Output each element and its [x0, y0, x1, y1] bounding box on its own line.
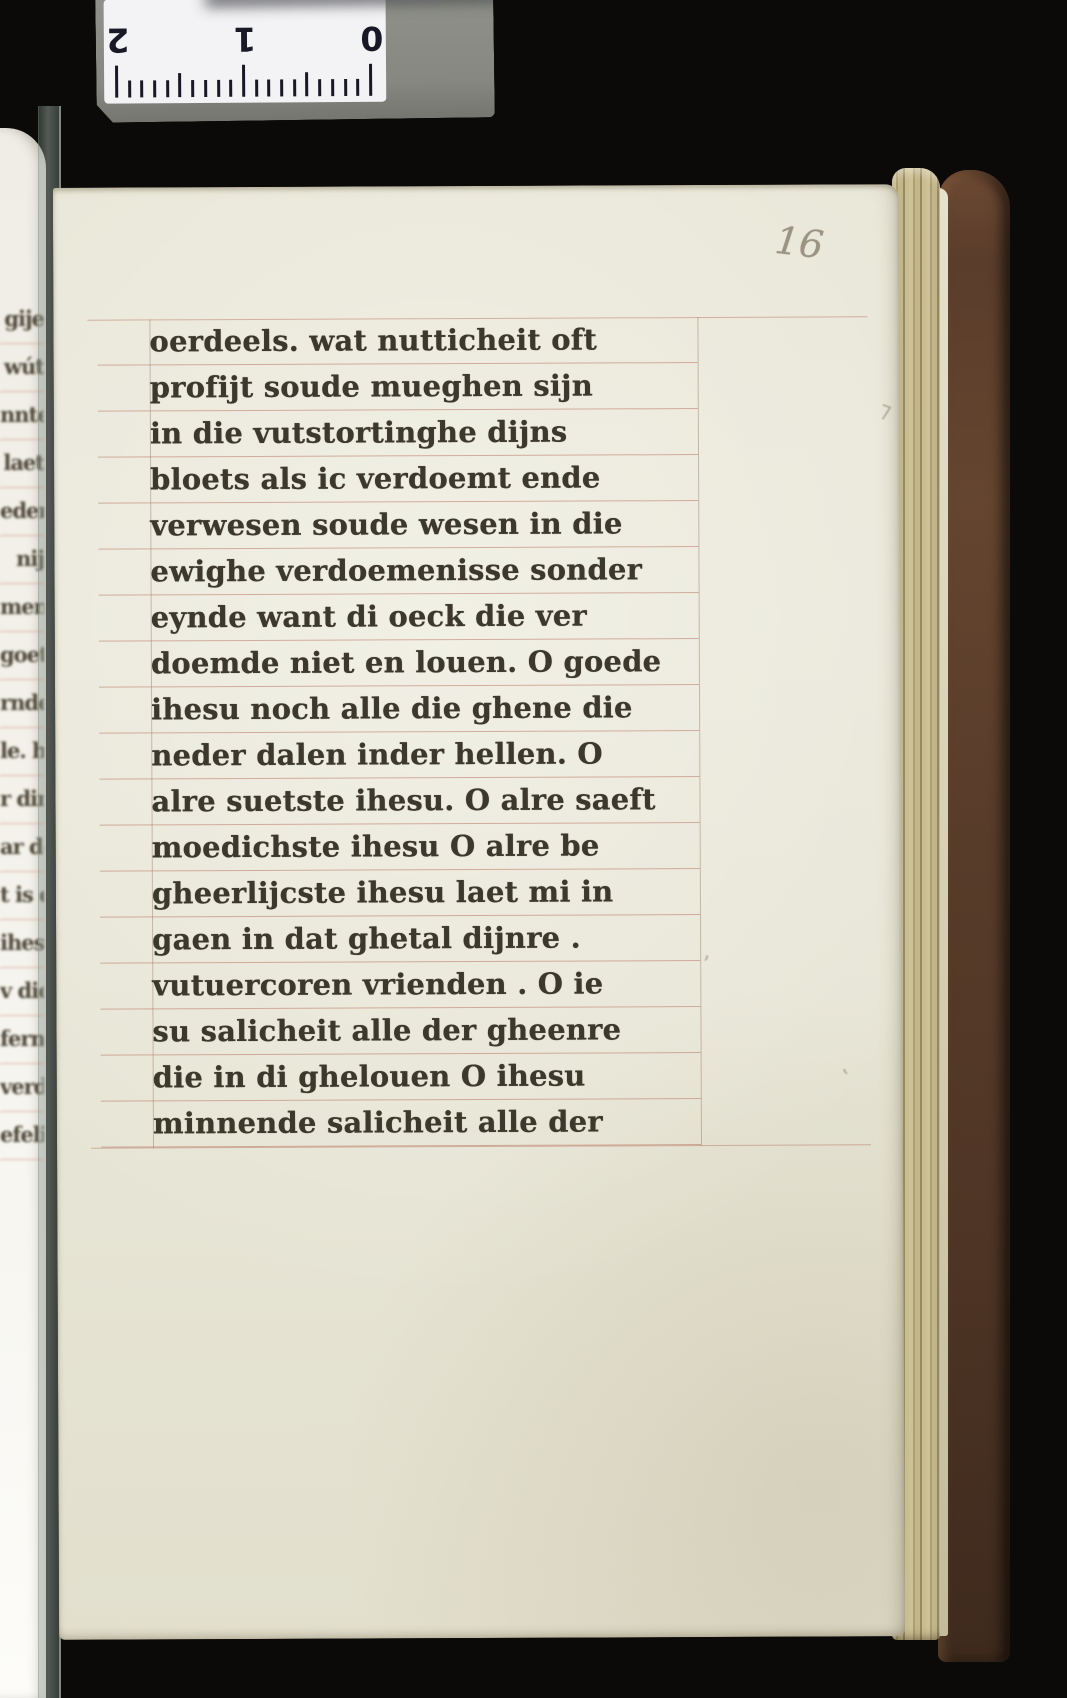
manuscript-line: bloets als ic verdoemt ende [98, 455, 698, 504]
manuscript-line: in die vutstortinghe dijns [98, 409, 698, 458]
ruler-tick [318, 79, 321, 96]
ruler-tick [204, 80, 207, 97]
ruler-tick [128, 80, 131, 97]
manuscript-line: gaen in dat ghetal dijnre . [100, 915, 700, 964]
ruler-tick [217, 80, 220, 97]
ruler-tick [191, 80, 194, 97]
ruler-tick [331, 79, 334, 96]
ruler-tick [293, 79, 296, 96]
ruler-tick [229, 80, 232, 97]
ruler-ticks [118, 60, 372, 98]
ruler-tick [166, 80, 169, 97]
manuscript-line: moedichste ihesu O alre be [100, 823, 700, 872]
manuscript-line: verwesen soude wesen in die [98, 501, 698, 550]
pencil-mark: ʽ [841, 1066, 852, 1092]
text-block: oerdeels. wat nutticheit oftprofijt soud… [97, 317, 701, 1148]
ruler-tick [242, 65, 245, 97]
manuscript-line: neder dalen inder hellen. O [99, 731, 699, 780]
manuscript-line: die in di ghelouen O ihesu [101, 1053, 701, 1102]
leather-binding [938, 170, 1010, 1662]
ruler-tick [268, 80, 271, 97]
manuscript-line: eynde want di oeck die ver [99, 593, 699, 642]
ruler-tick [179, 73, 182, 97]
ruler-tick [255, 80, 258, 97]
ruler-number: 1 [233, 20, 256, 59]
ruler: 012 [104, 0, 387, 104]
manuscript-line: alre suetste ihesu. O alre saeft [99, 777, 699, 826]
manuscript-line: oerdeels. wat nutticheit oft [97, 317, 697, 366]
ruler-tick [280, 79, 283, 96]
ruler-tick [153, 80, 156, 97]
manuscript-page: 16 oerdeels. wat nutticheit oftprofijt s… [53, 184, 905, 1640]
manuscript-photo: gijewútnntelaetedernijmengoetrnderle. he… [0, 0, 1067, 1698]
pencil-mark: ⁊ [876, 397, 895, 424]
ruler-number: 0 [360, 19, 383, 58]
manuscript-line: ewighe verdoemenisse sonder [98, 547, 698, 596]
manuscript-line: su salicheit alle der gheenre [100, 1007, 700, 1056]
manuscript-line: doemde niet en louen. O goede [99, 639, 699, 688]
manuscript-line: profijt soude mueghen sijn [98, 363, 698, 412]
ruler-tick [141, 80, 144, 97]
page-number: 16 [773, 218, 826, 267]
ruler-tick [115, 66, 118, 98]
ruler-tick [344, 79, 347, 96]
ruler-tick [369, 64, 372, 96]
ink-mark: ʼ [702, 953, 709, 978]
ruler-tick [356, 79, 359, 96]
ruler-scale: 012 [104, 0, 387, 104]
ruler-tick [306, 72, 309, 96]
manuscript-line: gheerlijcste ihesu laet mi in [100, 869, 700, 918]
ruler-numbers: 012 [118, 18, 372, 60]
ruler-number: 2 [106, 21, 129, 60]
manuscript-line: vutuercoren vrienden . O ie [100, 961, 700, 1010]
ruler-card: 012 [95, 0, 495, 123]
manuscript-line: ihesu noch alle die ghene die [99, 685, 699, 734]
manuscript-line: minnende salicheit alle der [101, 1099, 701, 1148]
